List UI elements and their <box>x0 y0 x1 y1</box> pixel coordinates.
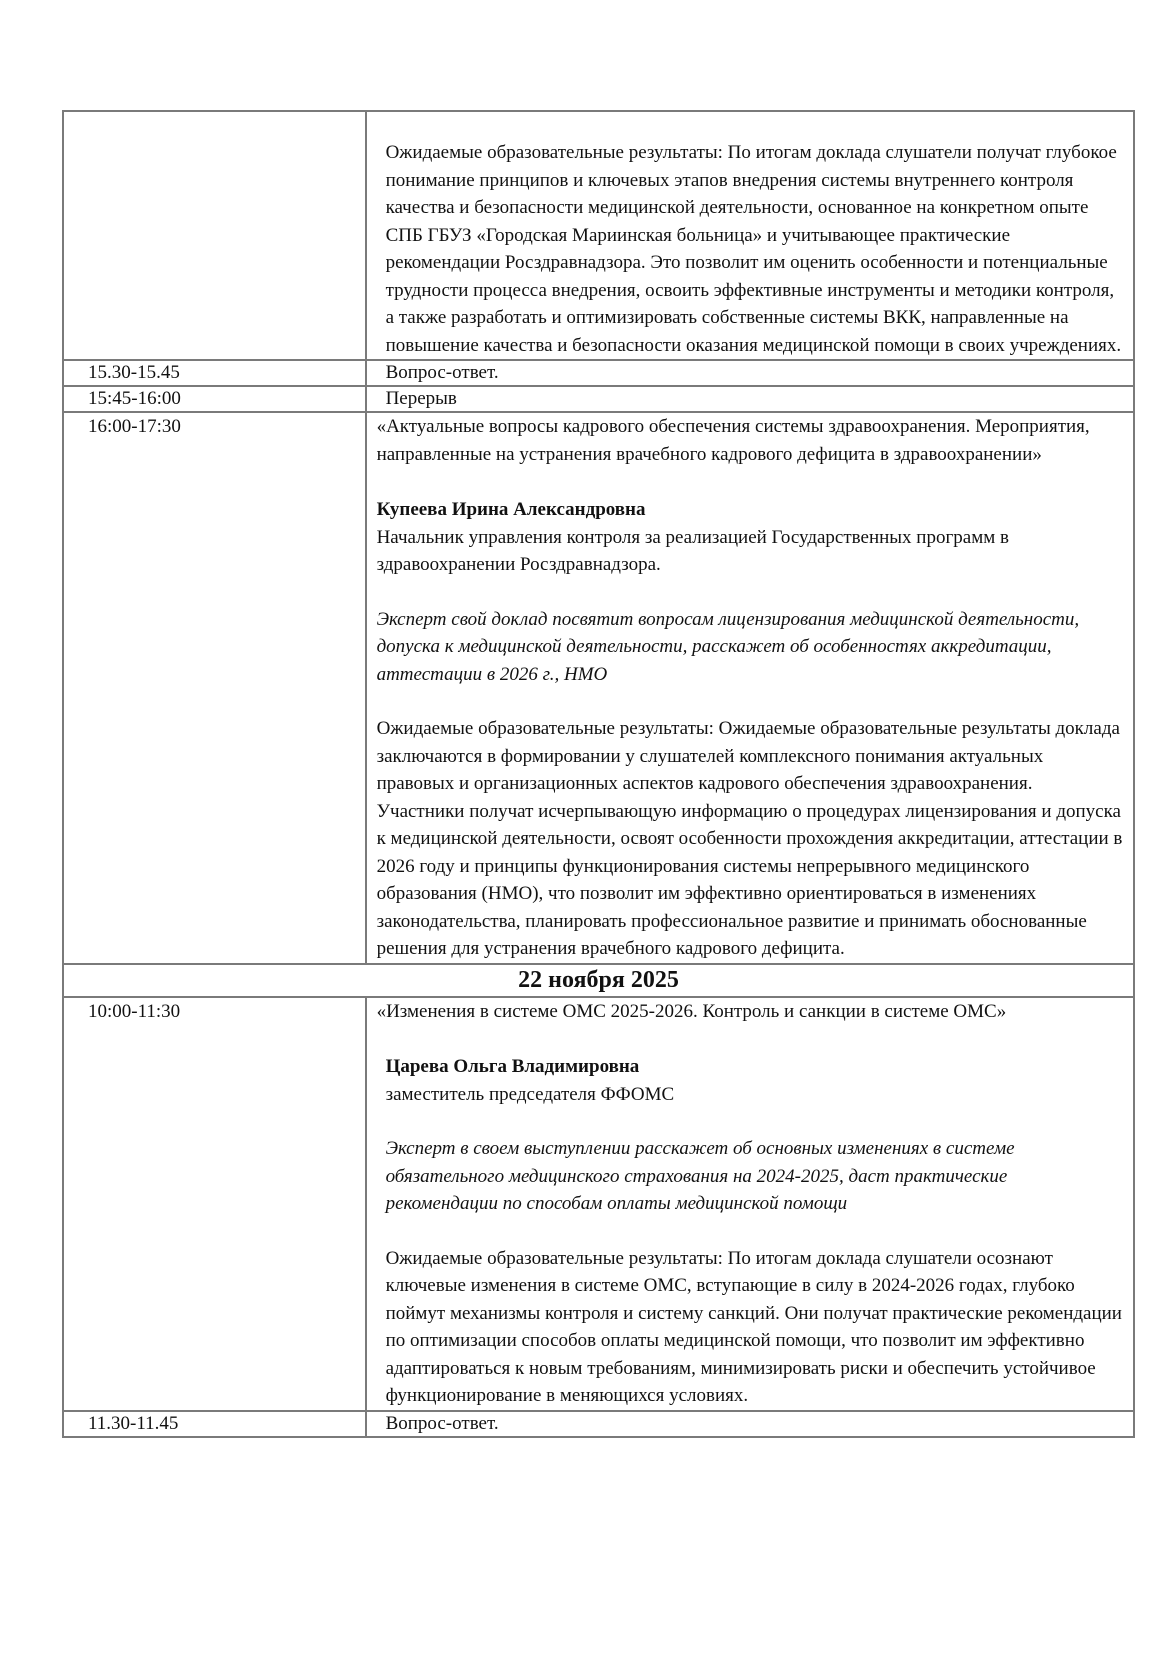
date-header-row: 22 ноября 2025 <box>63 964 1134 997</box>
expected-outcomes: Ожидаемые образовательные результаты: По… <box>386 139 1123 359</box>
table-row: 16:00-17:30 «Актуальные вопросы кадровог… <box>63 412 1134 964</box>
session-description: Эксперт в своем выступлении расскажет об… <box>386 1135 1123 1218</box>
time-cell: 11.30-11.45 <box>63 1411 366 1437</box>
table-row: 10:00-11:30 «Изменения в системе ОМС 202… <box>63 997 1134 1411</box>
time-cell: 16:00-17:30 <box>63 412 366 964</box>
session-title: «Изменения в системе ОМС 2025-2026. Конт… <box>377 998 1123 1026</box>
session-content: «Изменения в системе ОМС 2025-2026. Конт… <box>366 997 1134 1411</box>
time-cell: 15.30-15.45 <box>63 360 366 386</box>
table-row: Ожидаемые образовательные результаты: По… <box>63 111 1134 360</box>
session-content: Перерыв <box>366 386 1134 412</box>
expected-outcomes: Ожидаемые образовательные результаты: По… <box>386 1245 1123 1410</box>
speaker-position: Начальник управления контроля за реализа… <box>377 524 1123 579</box>
table-row: 15:45-16:00 Перерыв <box>63 386 1134 412</box>
date-header: 22 ноября 2025 <box>63 964 1134 997</box>
program-schedule-table: Ожидаемые образовательные результаты: По… <box>62 110 1135 1438</box>
time-cell: 15:45-16:00 <box>63 386 366 412</box>
time-cell: 10:00-11:30 <box>63 997 366 1411</box>
table-row: 11.30-11.45 Вопрос-ответ. <box>63 1411 1134 1437</box>
table-row: 15.30-15.45 Вопрос-ответ. <box>63 360 1134 386</box>
session-content: Ожидаемые образовательные результаты: По… <box>366 111 1134 360</box>
session-title: «Актуальные вопросы кадрового обеспечени… <box>377 413 1123 468</box>
session-description: Эксперт свой доклад посвятит вопросам ли… <box>377 606 1123 689</box>
speaker-position: заместитель председателя ФФОМС <box>386 1081 1123 1109</box>
speaker-name: Царева Ольга Владимировна <box>386 1053 1123 1081</box>
speaker-name: Купеева Ирина Александровна <box>377 496 1123 524</box>
time-cell <box>63 111 366 360</box>
expected-outcomes: Ожидаемые образовательные результаты: Ож… <box>377 715 1123 963</box>
session-content: «Актуальные вопросы кадрового обеспечени… <box>366 412 1134 964</box>
session-content: Вопрос-ответ. <box>366 360 1134 386</box>
session-content: Вопрос-ответ. <box>366 1411 1134 1437</box>
